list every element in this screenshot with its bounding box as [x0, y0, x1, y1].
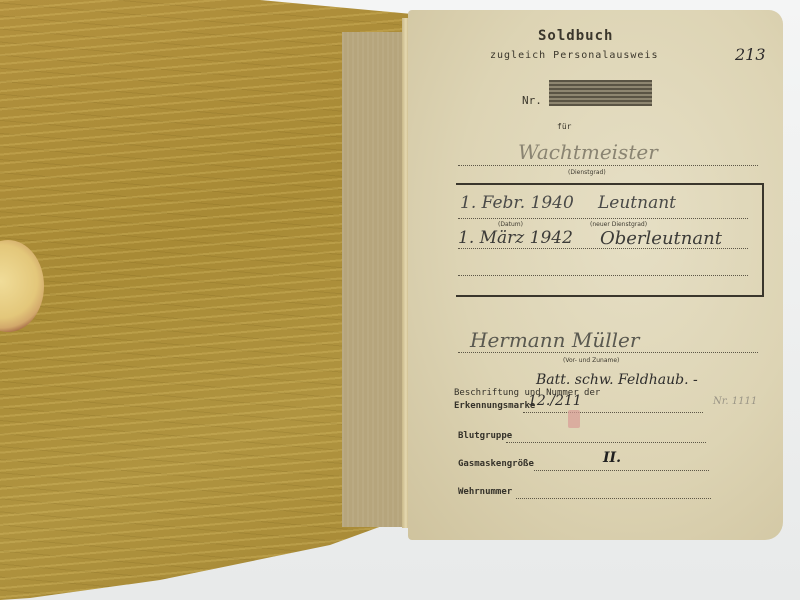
field-value-tag-extra: Nr. 1111	[713, 396, 757, 407]
page-subtitle: zugleich Personalausweis	[490, 50, 659, 61]
fuer-label: für	[557, 122, 571, 131]
field-label-tag: Erkennungsmarke	[454, 401, 535, 411]
red-stain	[568, 410, 580, 428]
promotion-line-3	[458, 275, 748, 276]
promotion-rank-1: Leutnant	[598, 193, 676, 213]
name-handwritten: Hermann Müller	[470, 328, 639, 352]
page-title: Soldbuch	[538, 28, 613, 44]
blood-line	[506, 442, 706, 443]
date-caption: (Datum)	[498, 221, 523, 228]
field-label-blood: Blutgruppe	[458, 431, 512, 441]
field-label-gasmask: Gasmaskengröße	[458, 459, 534, 469]
promotion-line-1	[458, 218, 748, 219]
promotion-date-2: 1. März 1942	[458, 228, 573, 248]
redacted-number	[549, 80, 652, 106]
rank-line	[458, 165, 758, 166]
promotion-rank-2: Oberleutnant	[600, 228, 722, 249]
document-page: Soldbuch zugleich Personalausweis 213 Nr…	[408, 10, 783, 540]
page-number: 213	[735, 45, 766, 64]
spine-tape-left	[342, 32, 404, 527]
name-line	[458, 352, 758, 353]
promotion-date-1: 1. Febr. 1940	[460, 193, 574, 213]
field-value-unit: Batt. schw. Feldhaub. -	[536, 372, 698, 388]
rank-caption: (Dienstgrad)	[568, 169, 606, 176]
promotion-line-2	[458, 248, 748, 249]
field-value-tag: 12./211	[528, 393, 582, 409]
field-value-gasmask: II.	[603, 450, 621, 466]
wehrnummer-line	[516, 498, 711, 499]
rank-handwritten: Wachtmeister	[518, 140, 658, 164]
nr-label: Nr.	[522, 94, 542, 107]
gasmask-line	[534, 470, 709, 471]
new-rank-caption: (neuer Dienstgrad)	[590, 221, 647, 228]
name-caption: (Vor- und Zuname)	[563, 357, 619, 364]
tag-line	[523, 412, 703, 413]
field-label-wehrnummer: Wehrnummer	[458, 487, 512, 497]
